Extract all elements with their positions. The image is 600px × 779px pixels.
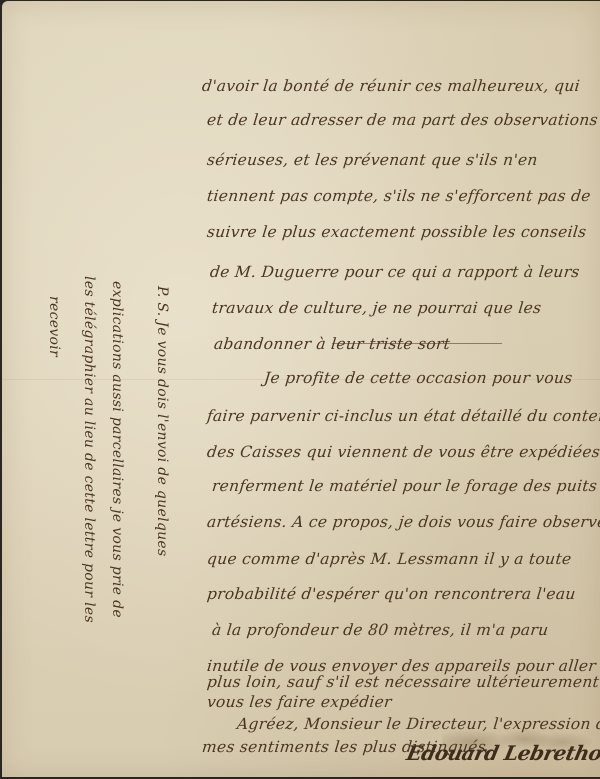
line-end-stroke: [332, 343, 502, 344]
body-line-7: travaux de culture, je ne pourrai que le…: [211, 299, 542, 317]
body-line-5: suivre le plus exactement possible les c…: [206, 223, 587, 241]
signature: Edouard Lebrethon: [404, 741, 600, 765]
margin-note-line-3: les télégraphier au lieu de cette lettre…: [81, 276, 97, 623]
body-line-10: faire parvenir ci-inclus un état détaill…: [206, 407, 600, 425]
body-line-6: de M. Duguerre pour ce qui a rapport à l…: [209, 263, 581, 281]
body-line-18: plus loin, sauf s'il est nécessaire ulté…: [206, 673, 600, 691]
body-line-20: Agréez, Monsieur le Directeur, l'express…: [236, 715, 600, 733]
body-line-8: abandonner à leur triste sort: [213, 335, 451, 353]
body-line-16: à la profondeur de 80 mètres, il m'a par…: [211, 621, 549, 639]
body-line-3: sérieuses, et les prévenant que s'ils n'…: [206, 151, 539, 169]
body-line-1: d'avoir la bonté de réunir ces malheureu…: [201, 77, 581, 95]
body-line-12: renferment le matériel pour le forage de…: [211, 477, 598, 495]
body-line-11: des Caisses qui viennent de vous être ex…: [206, 443, 600, 461]
body-line-14: que comme d'après M. Lessmann il y a tou…: [206, 550, 572, 568]
body-line-4: tiennent pas compte, s'ils ne s'efforcen…: [206, 187, 592, 205]
body-line-9: Je profite de cette occasion pour vous: [263, 369, 573, 387]
margin-note-line-1: P. S. Je vous dois l'envoi de quelques: [154, 286, 170, 557]
body-line-15: probabilité d'espérer qu'on rencontrera …: [206, 585, 577, 603]
body-line-13: artésiens. A ce propos, je dois vous fai…: [206, 513, 600, 531]
margin-note-line-2: explications aussi parcellaires je vous …: [109, 281, 125, 618]
letter-page: d'avoir la bonté de réunir ces malheureu…: [2, 1, 600, 777]
body-line-2: et de leur adresser de ma part des obser…: [206, 111, 599, 129]
margin-note-line-4: recevoir: [46, 296, 62, 357]
body-line-19: vous les faire expédier: [206, 693, 393, 711]
